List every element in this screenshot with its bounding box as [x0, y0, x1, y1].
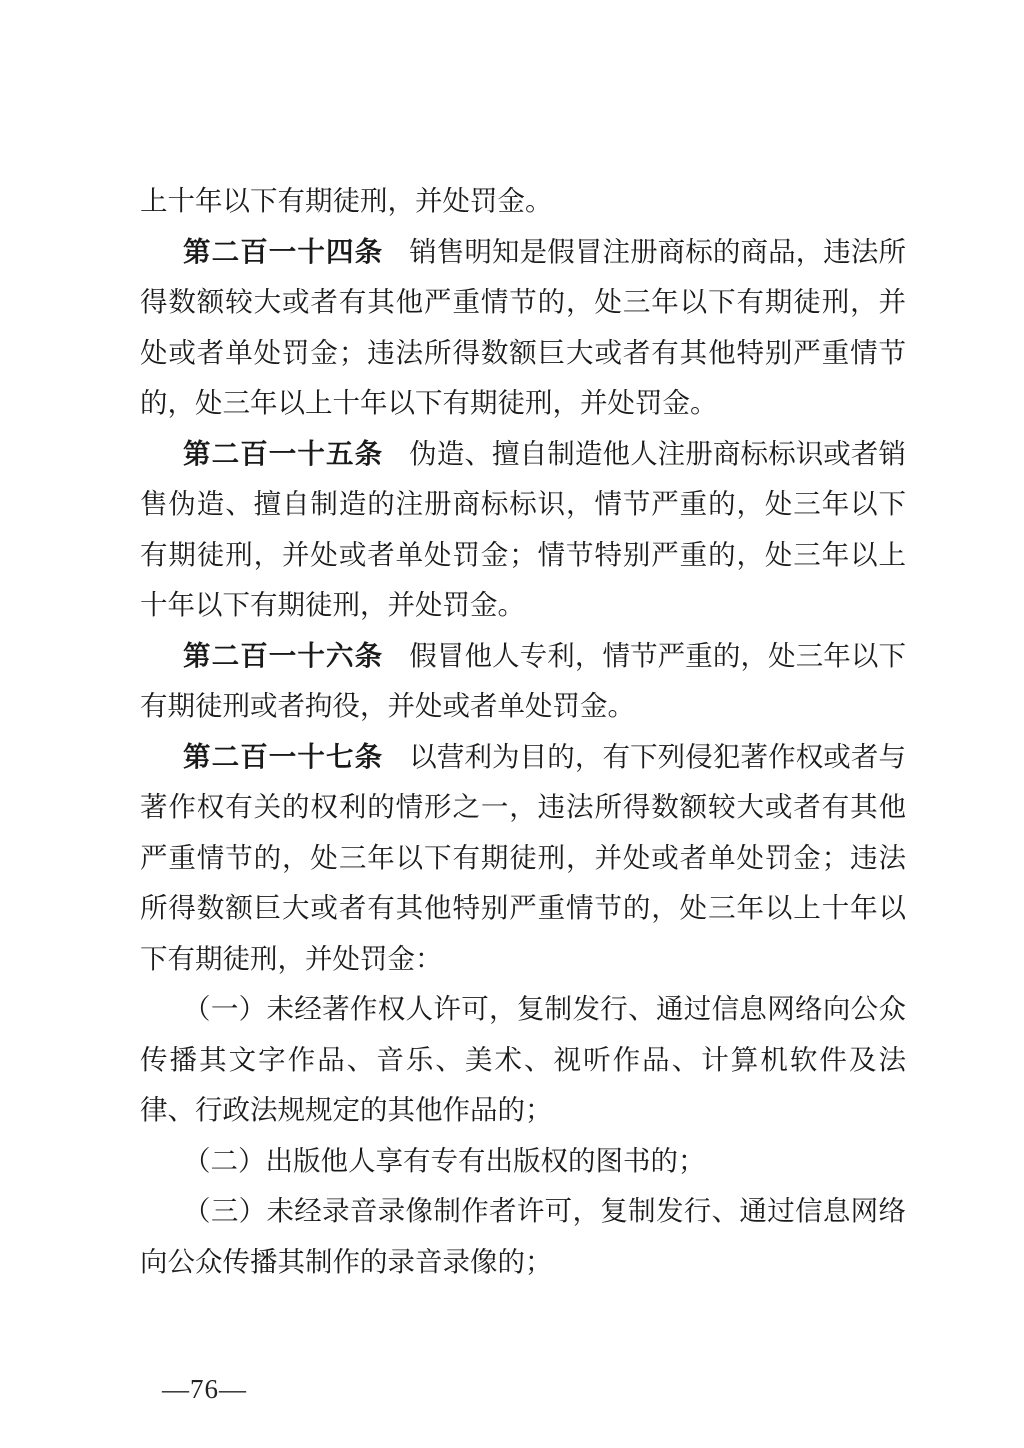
paragraph: （二）出版他人享有专有出版权的图书的； [140, 1136, 906, 1187]
document-body: 上十年以下有期徒刑，并处罚金。 第二百一十四条销售明知是假冒注册商标的商品，违法… [140, 176, 906, 1287]
article-number: 第二百一十四条 [183, 236, 383, 267]
paragraph: （一）未经著作权人许可，复制发行、通过信息网络向公众传播其文字作品、音乐、美术、… [140, 984, 906, 1136]
page-footer: —76— [162, 1372, 247, 1406]
document-page: 上十年以下有期徒刑，并处罚金。 第二百一十四条销售明知是假冒注册商标的商品，违法… [0, 0, 1024, 1448]
paragraph-text: （一）未经著作权人许可，复制发行、通过信息网络向公众传播其文字作品、音乐、美术、… [140, 993, 906, 1125]
paragraph: 第二百一十七条以营利为目的，有下列侵犯著作权或者与著作权有关的权利的情形之一，违… [140, 732, 906, 985]
paragraph-text: （二）出版他人享有专有出版权的图书的； [183, 1145, 706, 1176]
paragraph: （三）未经录音录像制作者许可，复制发行、通过信息网络向公众传播其制作的录音录像的… [140, 1186, 906, 1287]
paragraph: 第二百一十六条假冒他人专利，情节严重的，处三年以下有期徒刑或者拘役，并处或者单处… [140, 631, 906, 732]
paragraph-text: （三）未经录音录像制作者许可，复制发行、通过信息网络向公众传播其制作的录音录像的… [140, 1195, 906, 1277]
paragraph-text: 以营利为目的，有下列侵犯著作权或者与著作权有关的权利的情形之一，违法所得数额较大… [140, 741, 906, 974]
paragraph: 第二百一十四条销售明知是假冒注册商标的商品，违法所得数额较大或者有其他严重情节的… [140, 227, 906, 429]
article-number: 第二百一十六条 [183, 640, 383, 671]
article-number: 第二百一十七条 [183, 741, 383, 772]
paragraph-text: 上十年以下有期徒刑，并处罚金。 [140, 185, 553, 216]
paragraph: 第二百一十五条伪造、擅自制造他人注册商标标识或者销售伪造、擅自制造的注册商标标识… [140, 429, 906, 631]
page-number: —76— [162, 1374, 247, 1404]
article-number: 第二百一十五条 [183, 438, 383, 469]
paragraph: 上十年以下有期徒刑，并处罚金。 [140, 176, 906, 227]
